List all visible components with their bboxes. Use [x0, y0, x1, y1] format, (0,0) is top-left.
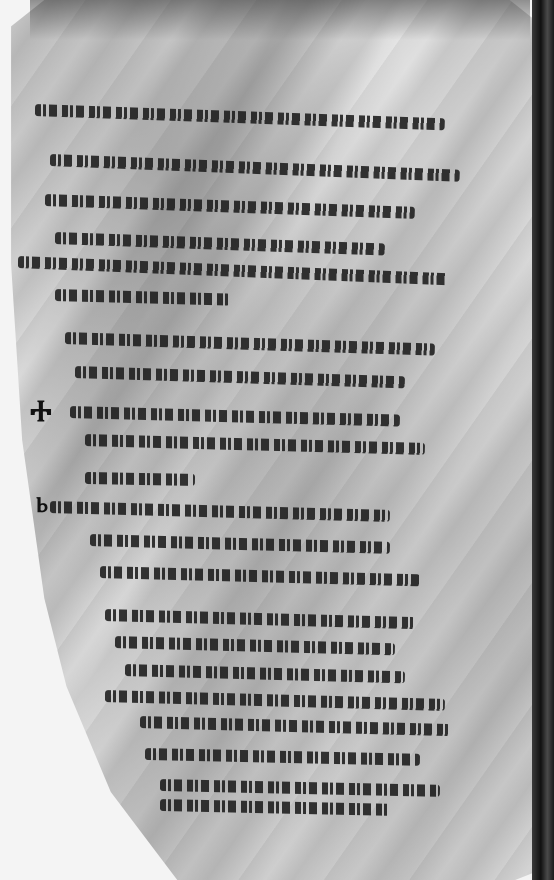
initial-letter-az: Ⰰ	[30, 394, 52, 429]
glagolitic-text	[160, 799, 390, 816]
glagolitic-text	[85, 472, 195, 486]
glagolitic-text	[55, 289, 230, 306]
top-shadow	[30, 0, 530, 40]
manuscript-line	[85, 468, 195, 488]
manuscript-photo: Ⰰ Ⱃ Black-and-white photograph of a manu…	[0, 0, 554, 880]
binding-edge	[532, 0, 554, 880]
glagolitic-text	[160, 779, 440, 797]
glagolitic-text	[145, 748, 420, 766]
initial-letter-second: Ⱃ	[36, 492, 48, 518]
